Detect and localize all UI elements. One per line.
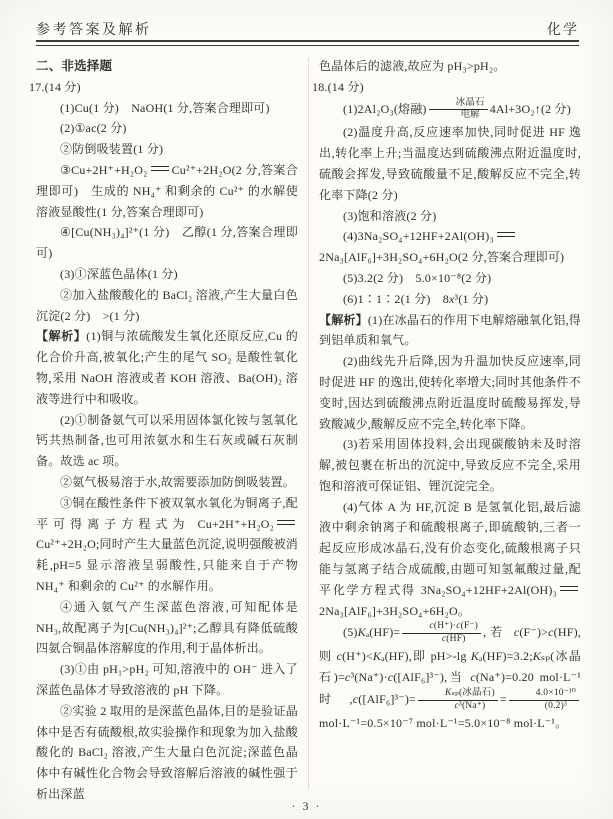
paragraph: 17.(14 分) — [29, 77, 298, 98]
right-column: 色晶体后的滤液,故应为 pH₃>pH₂。18.(14 分)(1)2Al₂O₃(熔… — [319, 56, 581, 795]
paragraph: 色晶体后的滤液,故应为 pH₃>pH₂。 — [319, 56, 581, 77]
paragraph: (3)若采用固体投料,会出现碳酸钠未及时溶解,被包裹在析出的沉淀中,导致反应不完… — [319, 434, 581, 496]
paragraph: (3)①深蓝色晶体(1 分) — [36, 264, 298, 285]
paragraph: (2)曲线先升后降,因为升温加快反应速率,同时促进 HF 的逸出,使转化率增大;… — [319, 351, 581, 434]
header-double-rule — [36, 40, 579, 46]
paragraph: (5)Kₐ(HF)=c(H⁺)·c(F⁻)c(HF),若 c(F⁻)>c(HF)… — [319, 621, 581, 733]
paragraph: (4)3Na₂SO₄+12HF+2Al(OH)₃2Na₃[AlF₆]+3H₂SO… — [319, 226, 581, 268]
paragraph: ④通入氨气产生深蓝色溶液,可知配体是 NH₃,故配离子为[Cu(NH₃)₄]²⁺… — [36, 597, 298, 659]
stacked-fraction: Kₛₚ(冰晶石)c³(Na⁺) — [418, 688, 498, 713]
left-column: 二、非选择题17.(14 分)(1)Cu(1 分) NaOH(1 分,答案合理即… — [36, 56, 298, 795]
double-bond-equals — [497, 232, 515, 237]
paragraph: (2)①ac(2 分) — [36, 118, 298, 139]
paragraph: (1)Cu(1 分) NaOH(1 分,答案合理即可) — [36, 98, 298, 119]
paragraph: 【解析】(1)铜与浓硫酸发生氧化还原反应,Cu 的化合价升高,被氧化;产生的尾气… — [36, 326, 298, 409]
paragraph: ③铜在酸性条件下被双氧水氧化为铜离子,配平可得离子方程式为 Cu+2H⁺+H₂O… — [36, 493, 298, 597]
paragraph: ②氨气极易溶于水,故需要添加防倒吸装置。 — [36, 472, 298, 493]
paragraph: ②防倒吸装置(1 分) — [36, 139, 298, 160]
paragraph: 18.(14 分) — [312, 77, 581, 98]
paragraph: (4)气体 A 为 HF,沉淀 B 是氢氧化铝,最后滤液中剩余钠离子和硫酸根离子… — [319, 497, 581, 622]
paragraph: 二、非选择题 — [36, 56, 298, 77]
double-bond-equals — [560, 586, 578, 591]
paragraph: (1)2Al₂O₃(熔融)冰晶石电解4Al+3O₂↑(2 分) — [319, 98, 581, 123]
header-title: 参考答案及解析 — [36, 19, 152, 39]
paragraph: (2)①制备氨气可以采用固体氯化铵与氢氧化钙共热制备,也可用浓氨水和生石灰或碱石… — [36, 410, 298, 472]
header-subject: 化学 — [547, 19, 579, 39]
stacked-fraction: c(H⁺)·c(F⁻)c(HF) — [402, 621, 481, 646]
page-footer: · 3 · — [0, 799, 613, 814]
double-bond-equals — [277, 520, 295, 525]
paragraph: (6)1∶1∶2(1 分) 8x³(1 分) — [319, 289, 581, 310]
stacked-fraction: 4.0×10⁻¹⁰(0.2)³ — [509, 688, 579, 713]
paragraph: (2)温度升高,反应速率加快,同时促进 HF 逸出,转化率上升;当温度达到硫酸沸… — [319, 122, 581, 205]
paragraph: ④[Cu(NH₃)₄]²⁺(1 分) 乙醇(1 分,答案合理即可) — [36, 222, 298, 264]
paragraph: (3)①由 pH₁>pH₂ 可知,溶液中的 OH⁻ 进入了深蓝色晶体才导致溶液的… — [36, 659, 298, 701]
paragraph: 【解析】(1)在冰晶石的作用下电解熔融氧化铝,得到铝单质和氧气。 — [319, 310, 581, 352]
two-column-body: 二、非选择题17.(14 分)(1)Cu(1 分) NaOH(1 分,答案合理即… — [36, 56, 581, 795]
answer-sheet-page: 参考答案及解析 化学 二、非选择题17.(14 分)(1)Cu(1 分) NaO… — [0, 0, 613, 819]
double-bond-equals — [151, 166, 169, 171]
paragraph: (3)饱和溶液(2 分) — [319, 206, 581, 227]
paragraph: ②实验 2 取用的是深蓝色晶体,目的是验证晶体中是否有硫酸根,故实验操作和现象为… — [36, 701, 298, 805]
stacked-fraction: 冰晶石电解 — [429, 98, 488, 123]
paragraph: (5)3.2(2 分) 5.0×10⁻⁸(2 分) — [319, 268, 581, 289]
column-divider — [308, 58, 309, 789]
paragraph: ③Cu+2H⁺+H₂O₂Cu²⁺+2H₂O(2 分,答案合理即可) 生成的 NH… — [36, 160, 298, 222]
paragraph: ②加入盐酸酸化的 BaCl₂ 溶液,产生大量白色沉淀(2 分) >(1 分) — [36, 285, 298, 327]
page-header: 参考答案及解析 化学 — [36, 19, 579, 39]
page-number: · 3 · — [292, 799, 322, 813]
